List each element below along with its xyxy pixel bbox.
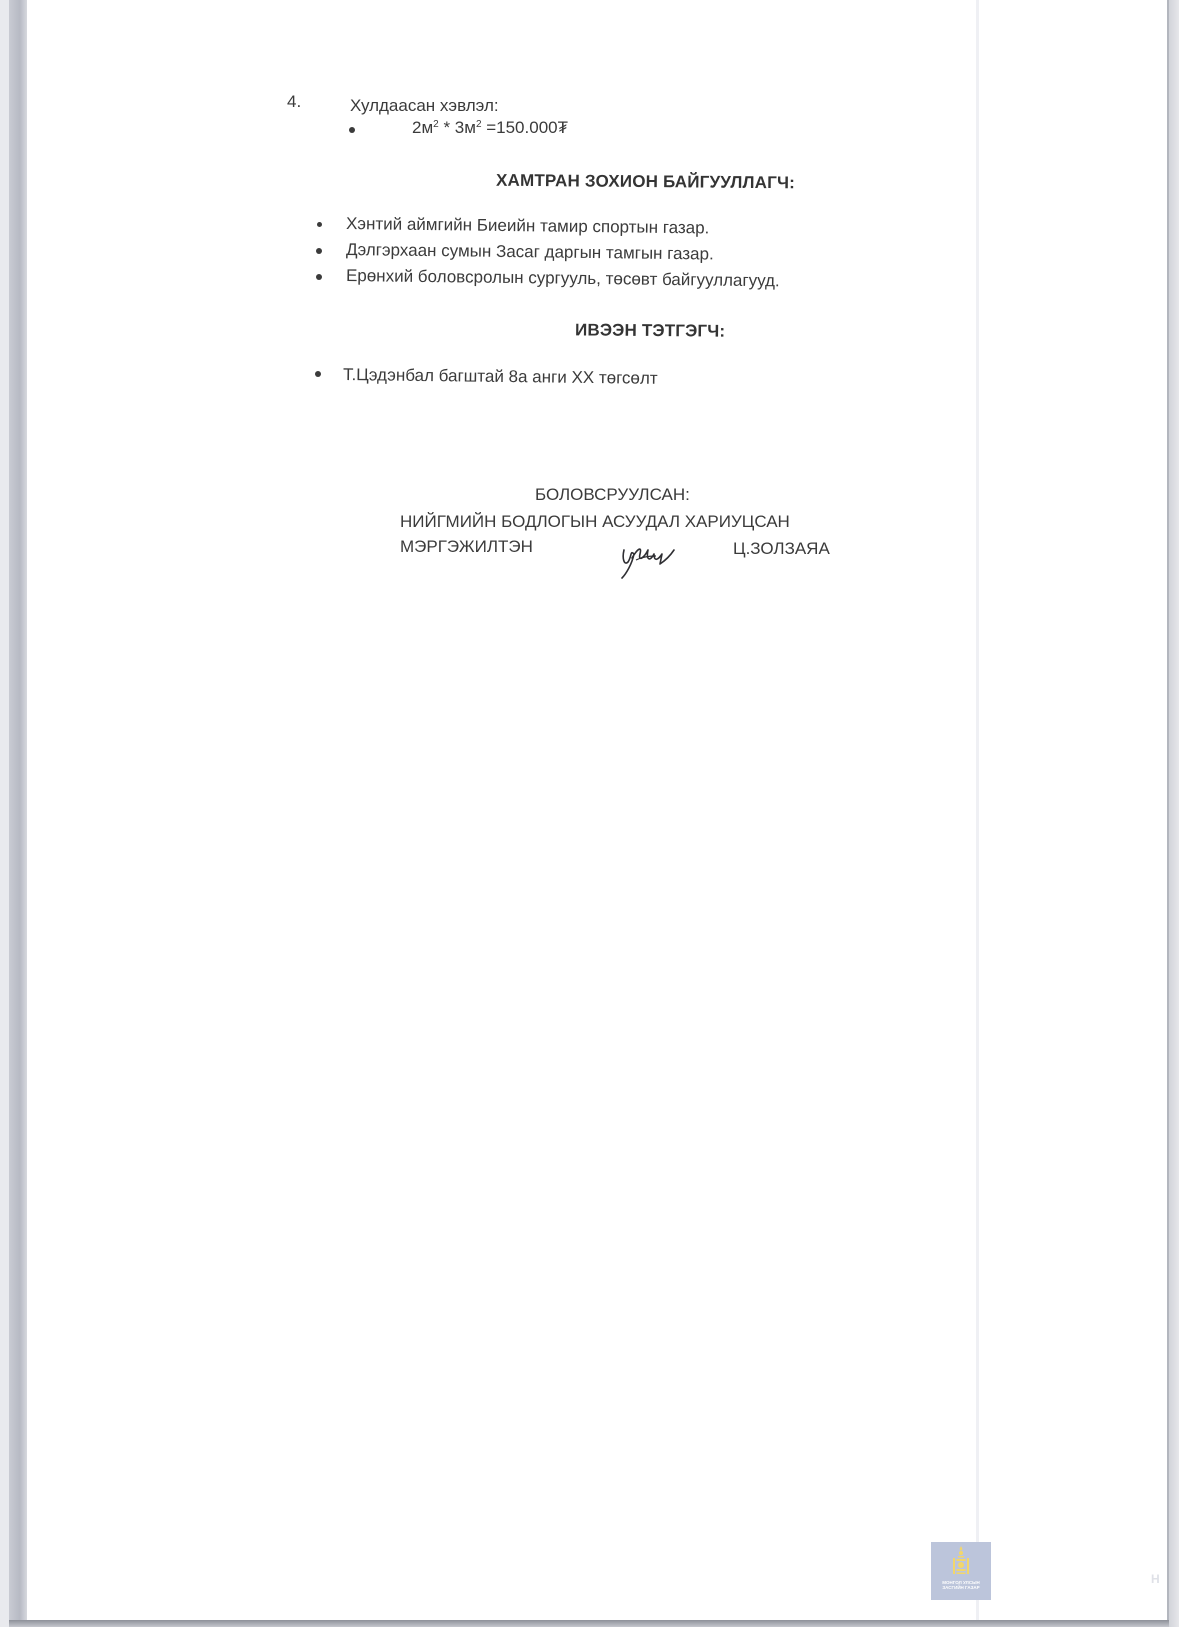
preparer-name: Ц.ЗОЛЗАЯА [733, 539, 830, 559]
bullet-icon [349, 127, 355, 133]
formula-part: * 3м [439, 118, 476, 137]
scan-edge-left [0, 0, 9, 1627]
bullet-icon [316, 274, 322, 280]
scan-edge-bottom [9, 1620, 1169, 1627]
item-number: 4. [287, 92, 301, 112]
price-formula: 2м2 * 3м2 =150.000₮ [412, 118, 568, 138]
scan-edge-line-right [1167, 0, 1169, 1627]
signature-icon [618, 540, 678, 580]
scan-edge-right [1169, 0, 1179, 1627]
sponsor-heading: ИВЭЭН ТЭТГЭГЧ: [575, 320, 725, 341]
scan-edge-shadow-left [9, 0, 27, 1627]
item-title: Хулдаасан хэвлэл: [350, 96, 499, 116]
soyombo-emblem-icon [950, 1546, 972, 1578]
preparer-position-line1: НИЙГМИЙН БОДЛОГЫН АСУУДАЛ ХАРИУЦСАН [400, 512, 790, 532]
bullet-icon [316, 248, 322, 254]
preparer-position-line2: МЭРГЭЖИЛТЭН [400, 537, 533, 557]
co-organizers-heading: ХАМТРАН ЗОХИОН БАЙГУУЛЛАГЧ: [496, 171, 795, 194]
formula-part: 2м [412, 118, 433, 137]
bullet-icon [315, 371, 321, 377]
formula-part: =150.000₮ [482, 118, 569, 137]
government-watermark: МОНГОЛ УЛСЫН ЗАСГИЙН ГАЗАР [931, 1542, 991, 1600]
watermark-line2: ЗАСГИЙН ГАЗАР [942, 1585, 979, 1590]
watermark-ghost-text: Н [1151, 1572, 1160, 1586]
bullet-icon [317, 222, 322, 227]
prepared-by-label: БОЛОВСРУУЛСАН: [535, 485, 690, 505]
sponsor-item: Т.Цэдэнбал багштай 8а анги XX төгсөлт [343, 365, 658, 389]
